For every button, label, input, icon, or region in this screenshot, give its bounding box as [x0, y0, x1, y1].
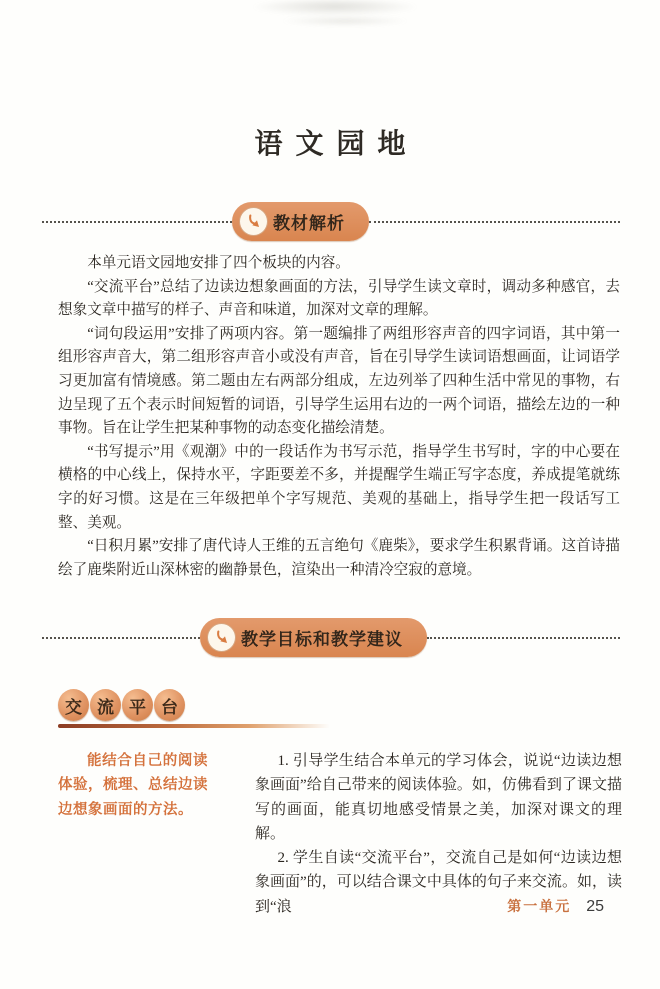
- coin-char: 台: [154, 689, 185, 721]
- section-banner-textbook-analysis: 教材解析: [42, 202, 620, 241]
- suggestion-item: 1. 引导学生结合本单元的学习体会，说说“边读边想象画面”给自己带来的阅读体验。…: [255, 749, 622, 846]
- paragraph: “书写提示”用《观潮》中的一段话作为书写示范，指导学生书写时，字的中心要在横格的…: [58, 441, 620, 535]
- page-number: 25: [586, 898, 604, 916]
- analysis-body: 本单元语文园地安排了四个板块的内容。 “交流平台”总结了边读边想象画面的方法，引…: [58, 252, 620, 582]
- coin-char: 交: [58, 689, 89, 721]
- book-page: 语文园地 教材解析 本单元语文园地安排了四个板块的内容。 “交流平台”总结了边读…: [0, 0, 660, 989]
- paragraph: “词句段运用”安排了两项内容。第一题编排了两组形容声音的四字词语，其中第一组形容…: [58, 323, 620, 441]
- section-banner-teaching-objectives: 教学目标和教学建议: [42, 618, 620, 657]
- banner-label: 教学目标和教学建议: [241, 625, 403, 650]
- page-footer: 第一单元 25: [507, 896, 604, 916]
- banner-pill: 教学目标和教学建议: [200, 618, 427, 657]
- banner-pill: 教材解析: [232, 202, 369, 241]
- banner-label: 教材解析: [273, 209, 345, 234]
- gradient-underline: [58, 724, 330, 728]
- circled-down-right-arrow-icon: [239, 207, 268, 236]
- objective-text: 能结合自己的阅读体验，梳理、总结边读边想象画面的方法。: [58, 749, 208, 919]
- subsection-header-communication-platform: 交 流 平 台: [58, 689, 330, 728]
- coin-char: 平: [122, 689, 153, 721]
- paragraph: “日积月累”安排了唐代诗人王维的五言绝句《鹿柴》，要求学生积累背诵。这首诗描绘了…: [58, 535, 620, 582]
- circled-down-right-arrow-icon: [207, 623, 236, 652]
- suggestions-text: 1. 引导学生结合本单元的学习体会，说说“边读边想象画面”给自己带来的阅读体验。…: [255, 749, 622, 919]
- scan-smudge-artifact: [280, 16, 410, 26]
- page-title: 语文园地: [0, 122, 660, 162]
- paragraph: 本单元语文园地安排了四个板块的内容。: [58, 252, 620, 276]
- paragraph: “交流平台”总结了边读边想象画面的方法，引导学生读文章时，调动多种感官，去想象文…: [58, 276, 620, 323]
- coin-char: 流: [90, 689, 121, 721]
- coin-characters: 交 流 平 台: [58, 689, 330, 721]
- dotted-rule: [42, 221, 232, 223]
- objectives-columns: 能结合自己的阅读体验，梳理、总结边读边想象画面的方法。 1. 引导学生结合本单元…: [58, 749, 622, 919]
- unit-label: 第一单元: [507, 896, 571, 916]
- dotted-rule: [369, 221, 620, 223]
- dotted-rule: [427, 637, 620, 639]
- dotted-rule: [42, 637, 200, 639]
- scan-smudge-artifact: [250, 0, 420, 16]
